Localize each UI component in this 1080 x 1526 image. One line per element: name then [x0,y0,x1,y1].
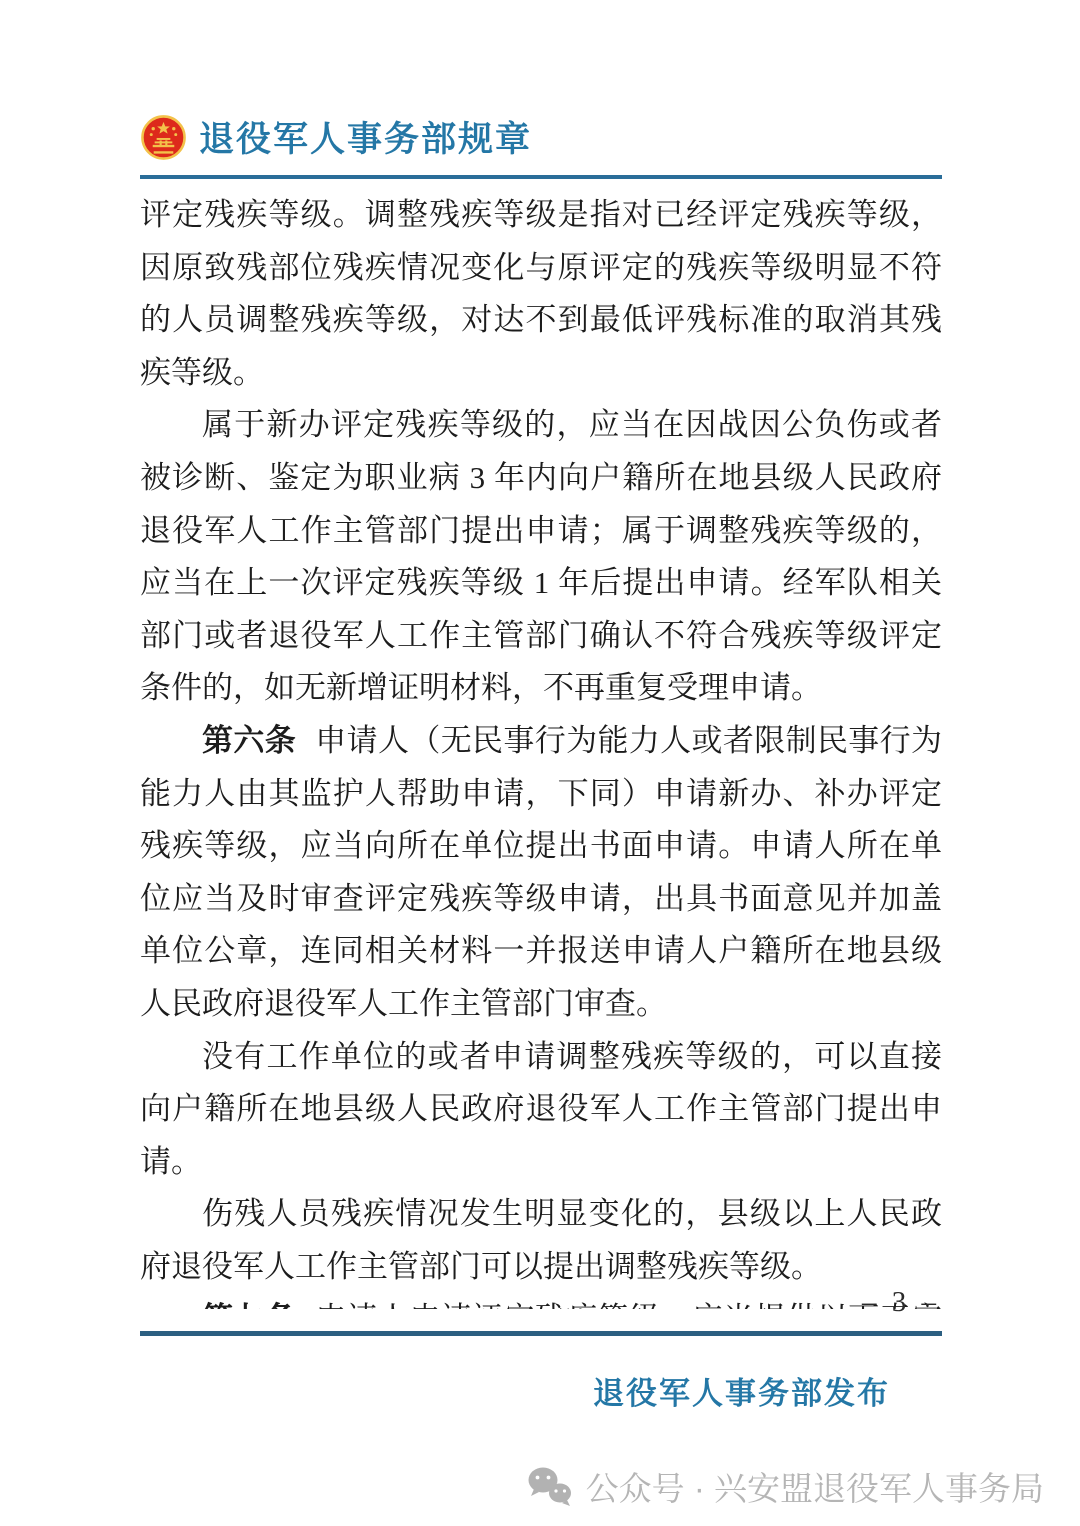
paragraph: 第七条申请人申请评定残疾等级，应当提供以下真实确切材料：书面申请，身份证和居民户… [140,1293,942,1309]
page-title: 退役军人事务部规章 [199,112,532,162]
paragraph: 第六条申请人（无民事行为能力人或者限制民事行为能力人由其监护人帮助申请，下同）申… [140,715,942,1031]
document-header: 退役军人事务部规章 [140,112,942,162]
paragraph: 没有工作单位的或者申请调整残疾等级的，可以直接向户籍所在地县级人民政府退役军人工… [140,1031,942,1189]
header-divider [140,175,942,179]
wechat-icon [526,1466,574,1508]
document-page: 退役军人事务部规章 评定残疾等级。调整残疾等级是指对已经评定残疾等级，因原致残部… [0,0,1080,1526]
paragraph-text: 伤残人员残疾情况发生明显变化的，县级以上人民政府退役军人工作主管部门可以提出调整… [140,1196,942,1284]
paragraph-text: 申请人（无民事行为能力人或者限制民事行为能力人由其监护人帮助申请，下同）申请新办… [140,723,942,1021]
page-number: – 3 – [862,1286,940,1319]
article-number: 第六条 [202,723,296,758]
paragraph-text: 属于新办评定残疾等级的，应当在因战因公负伤或者被诊断、鉴定为职业病 3 年内向户… [140,407,942,705]
document-body: 评定残疾等级。调整残疾等级是指对已经评定残疾等级，因原致残部位残疾情况变化与原评… [140,189,942,1309]
national-emblem-icon [140,114,187,161]
paragraph: 评定残疾等级。调整残疾等级是指对已经评定残疾等级，因原致残部位残疾情况变化与原评… [140,189,942,399]
paragraph-text: 没有工作单位的或者申请调整残疾等级的，可以直接向户籍所在地县级人民政府退役军人工… [140,1039,942,1179]
article-number: 第七条 [202,1301,296,1309]
watermark-text: 公众号 · 兴安盟退役军人事务局 [586,1463,1044,1510]
paragraph-text: 评定残疾等级。调整残疾等级是指对已经评定残疾等级，因原致残部位残疾情况变化与原评… [140,197,942,390]
watermark: 公众号 · 兴安盟退役军人事务局 [526,1463,1044,1510]
paragraph: 伤残人员残疾情况发生明显变化的，县级以上人民政府退役军人工作主管部门可以提出调整… [140,1188,942,1293]
paragraph: 属于新办评定残疾等级的，应当在因战因公负伤或者被诊断、鉴定为职业病 3 年内向户… [140,399,942,715]
publisher-label: 退役军人事务部发布 [593,1368,890,1413]
footer-divider [140,1331,942,1336]
